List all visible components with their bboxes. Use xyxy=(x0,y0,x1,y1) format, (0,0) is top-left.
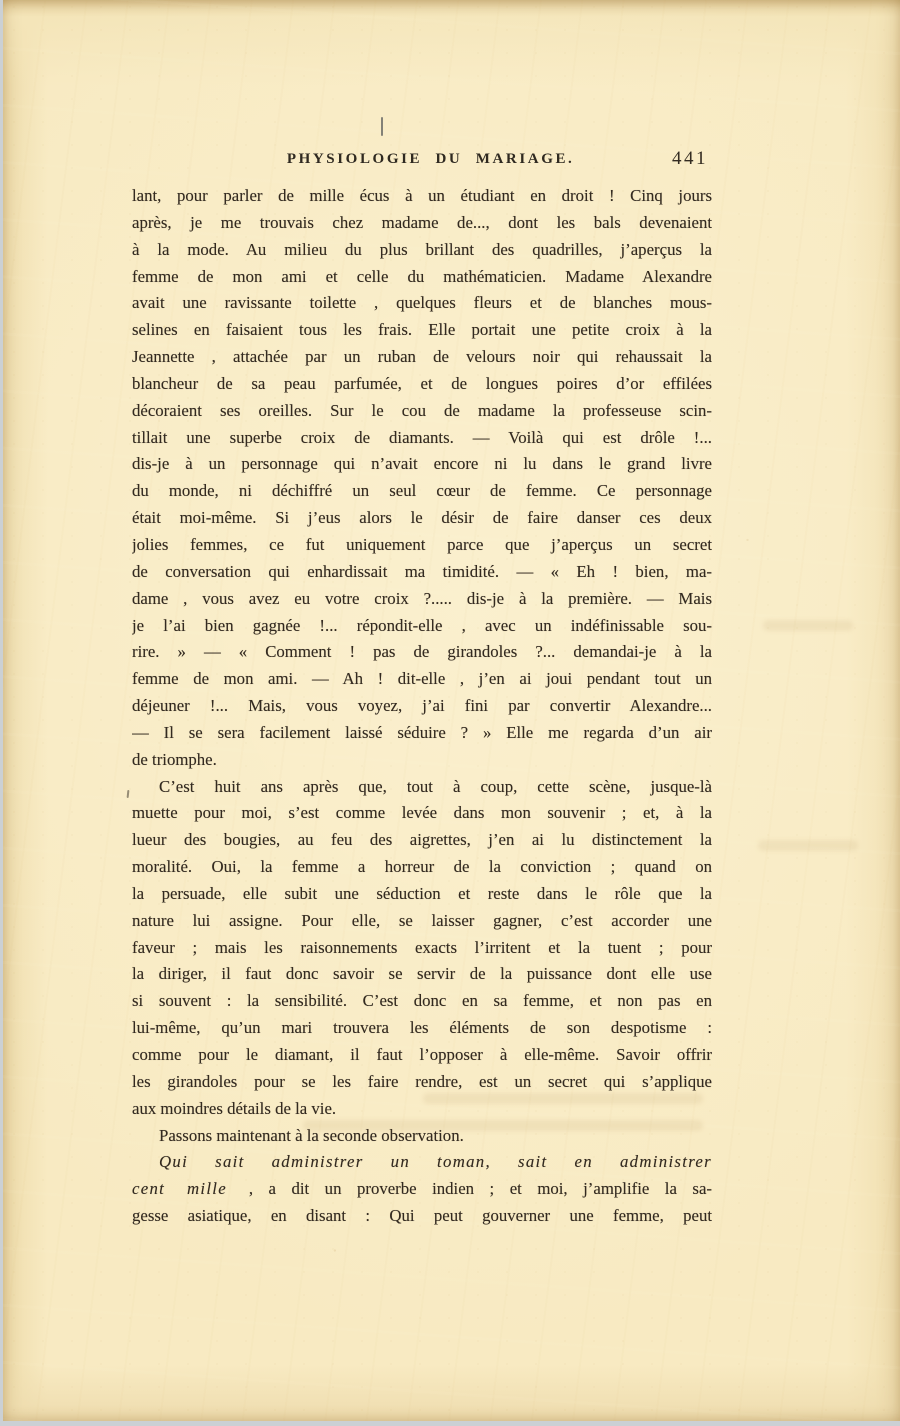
text-line: je l’ai bien gagnée !... répondit-elle ,… xyxy=(132,613,712,640)
text-line: muette pour moi, s’est comme levée dans … xyxy=(132,800,712,827)
text-run: , a dit un proverbe indien ; et moi, j’a… xyxy=(249,1179,712,1198)
text-run: de conversation qui enhardissait ma timi… xyxy=(132,562,712,581)
text-run: lant, pour parler de mille écus à un étu… xyxy=(132,186,712,205)
text-run: lui-même, qu’un mari trouvera les élémen… xyxy=(132,1018,712,1037)
text-line: Passons maintenant à la seconde observat… xyxy=(132,1123,712,1150)
text-line: selines en faisaient tous les frais. Ell… xyxy=(132,317,712,344)
text-line: si souvent : la sensibilité. C’est donc … xyxy=(132,988,712,1015)
text-run: blancheur de sa peau parfumée, et de lon… xyxy=(132,374,712,393)
text-run: comme pour le diamant, il faut l’opposer… xyxy=(132,1045,712,1064)
text-run: gesse asiatique, en disant : Qui peut go… xyxy=(132,1206,712,1225)
text-line: faveur ; mais les raisonnements exacts l… xyxy=(132,935,712,962)
text-line: lueur des bougies, au feu des aigrettes,… xyxy=(132,827,712,854)
text-line: de conversation qui enhardissait ma timi… xyxy=(132,559,712,586)
text-run: femme de mon ami et celle du mathématici… xyxy=(132,267,712,286)
text-run: la diriger, il faut donc savoir se servi… xyxy=(132,964,712,983)
book-page: PHYSIOLOGIE DU MARIAGE. 441 lant, pour p… xyxy=(3,0,900,1421)
text-line: lant, pour parler de mille écus à un étu… xyxy=(132,183,712,210)
text-run: muette pour moi, s’est comme levée dans … xyxy=(132,803,712,822)
running-title: PHYSIOLOGIE DU MARIAGE. xyxy=(287,151,575,168)
text-line: tillait une superbe croix de diamants. —… xyxy=(132,425,712,452)
text-run: déjeuner !... Mais, vous voyez, j’ai fin… xyxy=(132,696,712,715)
text-run: décoraient ses oreilles. Sur le cou de m… xyxy=(132,401,712,420)
text-block: lant, pour parler de mille écus à un étu… xyxy=(132,183,712,1230)
text-run: nature lui assigne. Pour elle, se laisse… xyxy=(132,911,712,930)
text-line: après, je me trouvais chez madame de...,… xyxy=(132,210,712,237)
italic-run: Qui sait administrer un toman, sait en a… xyxy=(159,1152,712,1171)
text-run: après, je me trouvais chez madame de...,… xyxy=(132,213,712,232)
text-run: je l’ai bien gagnée !... répondit-elle ,… xyxy=(132,616,712,635)
text-run: moralité. Oui, la femme a horreur de la … xyxy=(132,857,712,876)
text-run: avait une ravissante toilette , quelques… xyxy=(132,293,712,312)
text-line: de triomphe. xyxy=(132,747,712,774)
text-run: du monde, ni déchiffré un seul cœur de f… xyxy=(132,481,712,500)
text-line: la persuade, elle subit une séduction et… xyxy=(132,881,712,908)
text-run: à la mode. Au milieu du plus brillant de… xyxy=(132,240,712,259)
text-line: du monde, ni déchiffré un seul cœur de f… xyxy=(132,478,712,505)
running-header: PHYSIOLOGIE DU MARIAGE. 441 xyxy=(132,148,712,174)
text-line: les girandoles pour se les faire rendre,… xyxy=(132,1069,712,1096)
text-run: de triomphe. xyxy=(132,750,217,769)
text-run: la persuade, elle subit une séduction et… xyxy=(132,884,712,903)
text-run: — Il se sera facilement laissé séduire ?… xyxy=(132,723,712,742)
text-line: C’est huit ans après que, tout à coup, c… xyxy=(132,774,712,801)
text-line: comme pour le diamant, il faut l’opposer… xyxy=(132,1042,712,1069)
text-run: tillait une superbe croix de diamants. —… xyxy=(132,428,712,447)
text-run: rire. » — « Comment ! pas de girandoles … xyxy=(132,642,712,661)
text-run: Jeannette , attachée par un ruban de vel… xyxy=(132,347,712,366)
text-line: jolies femmes, ce fut uniquement parce q… xyxy=(132,532,712,559)
text-line: à la mode. Au milieu du plus brillant de… xyxy=(132,237,712,264)
text-line: la diriger, il faut donc savoir se servi… xyxy=(132,961,712,988)
text-run: lueur des bougies, au feu des aigrettes,… xyxy=(132,830,712,849)
text-line: femme de mon ami et celle du mathématici… xyxy=(132,264,712,291)
text-line: moralité. Oui, la femme a horreur de la … xyxy=(132,854,712,881)
text-run: les girandoles pour se les faire rendre,… xyxy=(132,1072,712,1091)
text-run: dis-je à un personnage qui n’avait encor… xyxy=(132,454,712,473)
text-run: Passons maintenant à la seconde observat… xyxy=(159,1126,464,1145)
text-line: dis-je à un personnage qui n’avait encor… xyxy=(132,451,712,478)
text-line: décoraient ses oreilles. Sur le cou de m… xyxy=(132,398,712,425)
text-line: blancheur de sa peau parfumée, et de lon… xyxy=(132,371,712,398)
text-line: nature lui assigne. Pour elle, se laisse… xyxy=(132,908,712,935)
text-line: était moi-même. Si j’eus alors le désir … xyxy=(132,505,712,532)
text-line: Jeannette , attachée par un ruban de vel… xyxy=(132,344,712,371)
text-line: rire. » — « Comment ! pas de girandoles … xyxy=(132,639,712,666)
text-run: selines en faisaient tous les frais. Ell… xyxy=(132,320,712,339)
text-line: dame , vous avez eu votre croix ?..... d… xyxy=(132,586,712,613)
show-through-smudge xyxy=(763,620,853,631)
text-line: avait une ravissante toilette , quelques… xyxy=(132,290,712,317)
text-line: gesse asiatique, en disant : Qui peut go… xyxy=(132,1203,712,1230)
text-line: femme de mon ami. — Ah ! dit-elle , j’en… xyxy=(132,666,712,693)
text-run: était moi-même. Si j’eus alors le désir … xyxy=(132,508,712,527)
text-run: femme de mon ami. — Ah ! dit-elle , j’en… xyxy=(132,669,712,688)
italic-run: cent mille xyxy=(132,1179,249,1198)
text-run: si souvent : la sensibilité. C’est donc … xyxy=(132,991,712,1010)
text-run: jolies femmes, ce fut uniquement parce q… xyxy=(132,535,712,554)
margin-speck xyxy=(127,790,130,798)
page-number: 441 xyxy=(672,148,708,170)
text-line: déjeuner !... Mais, vous voyez, j’ai fin… xyxy=(132,693,712,720)
text-run: dame , vous avez eu votre croix ?..... d… xyxy=(132,589,712,608)
text-line: lui-même, qu’un mari trouvera les élémen… xyxy=(132,1015,712,1042)
stray-ink-mark xyxy=(381,117,383,136)
text-line: cent mille , a dit un proverbe indien ; … xyxy=(132,1176,712,1203)
text-run: faveur ; mais les raisonnements exacts l… xyxy=(132,938,712,957)
text-line: — Il se sera facilement laissé séduire ?… xyxy=(132,720,712,747)
text-line: Qui sait administrer un toman, sait en a… xyxy=(132,1149,712,1176)
scanned-book-page: PHYSIOLOGIE DU MARIAGE. 441 lant, pour p… xyxy=(0,0,900,1426)
text-run: C’est huit ans après que, tout à coup, c… xyxy=(159,777,712,796)
show-through-smudge xyxy=(758,840,858,851)
text-line: aux moindres détails de la vie. xyxy=(132,1096,712,1123)
text-run: aux moindres détails de la vie. xyxy=(132,1099,336,1118)
